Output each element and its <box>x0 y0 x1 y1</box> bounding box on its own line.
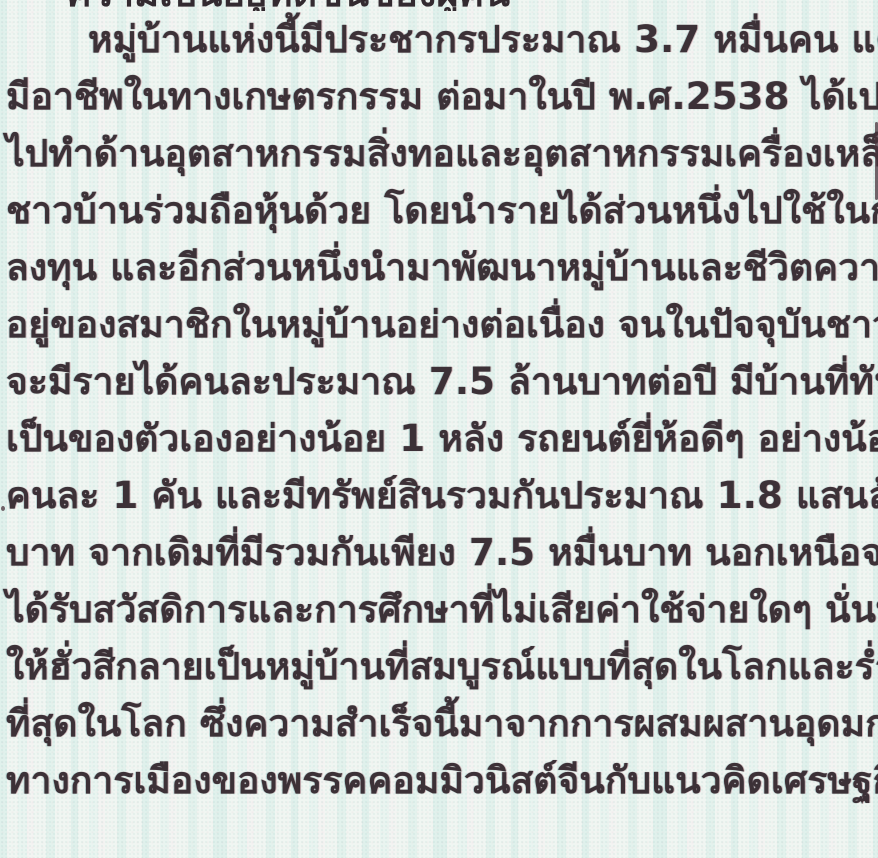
text-line: จะมีรายได้คนละประมาณ 7.5 ล้านบาทต่อปี มี… <box>6 353 874 410</box>
text-line: ได้รับสวัสดิการและการศึกษาที่ไม่เสียค่าใ… <box>6 581 874 638</box>
text-line: มีอาชีพในทางเกษตรกรรม ต่อมาในปี พ.ศ.2538… <box>6 68 874 125</box>
text-line: อยู่ของสมาชิกในหมู่บ้านอย่างต่อเนื่อง จน… <box>6 296 874 353</box>
text-line: ชาวบ้านร่วมถือหุ้นด้วย โดยนำรายได้ส่วนหน… <box>6 182 874 239</box>
text-line: ลงทุน และอีกส่วนหนึ่งนำมาพัฒนาหมู่บ้านแล… <box>6 239 874 296</box>
text-line: ให้ฮั่วสีกลายเป็นหมู่บ้านที่สมบูรณ์แบบที… <box>6 638 874 695</box>
text-line: คนละ 1 คัน และมีทรัพย์สินรวมกันประมาณ 1.… <box>6 467 874 524</box>
text-line: เป็นของตัวเองอย่างน้อย 1 หลัง รถยนต์ยี่ห… <box>6 410 874 467</box>
body-paragraph: หมู่บ้านแห่งนี้มีประชากรประมาณ 3.7 หมื่น… <box>6 11 874 809</box>
text-line: หมู่บ้านแห่งนี้มีประชากรประมาณ 3.7 หมื่น… <box>6 11 874 68</box>
scanned-page: ความเป็นอยู่ที่ดีขึ้นของผู้คน หมู่บ้านแห… <box>0 0 878 858</box>
scan-artifact-left <box>1 506 5 511</box>
text-line: ทางการเมืองของพรรคคอมมิวนิสต์จีนกับแนวคิ… <box>6 752 874 809</box>
text-line: บาท จากเดิมที่มีรวมกันเพียง 7.5 หมื่นบาท… <box>6 524 874 581</box>
text-line: ไปทำด้านอุตสาหกรรมสิ่งทอและอุตสาหกรรมเคร… <box>6 125 874 182</box>
text-line: ที่สุดในโลก ซึ่งความสำเร็จนี้มาจากการผสม… <box>6 695 874 752</box>
